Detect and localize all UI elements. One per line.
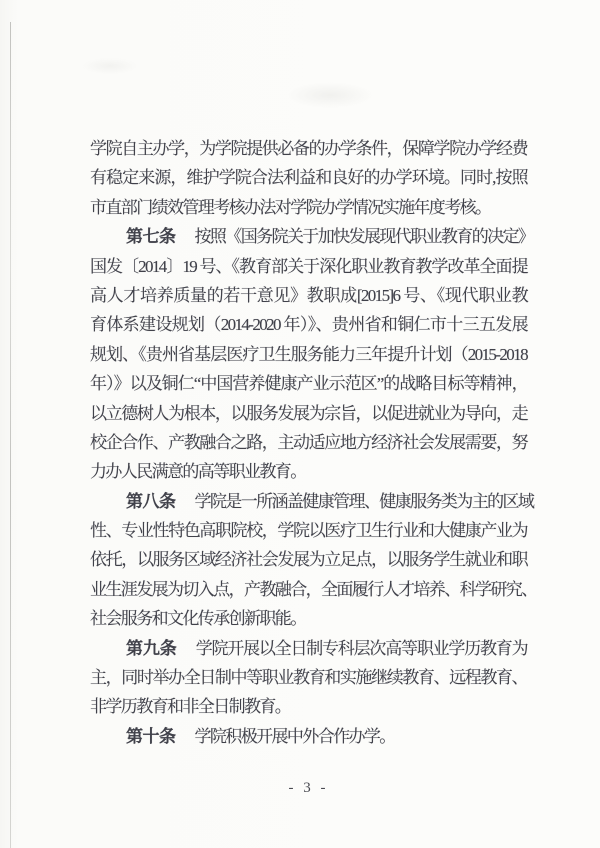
document-line: 第十条学院积极开展中外合作办学。 bbox=[90, 722, 527, 751]
document-line: 第八条学院是一所涵盖健康管理、健康服务类为主的区域 bbox=[90, 487, 527, 516]
document-line: 市直部门绩效管理考核办法对学院办学情况实施年度考核。 bbox=[90, 193, 527, 222]
line-text: 学院是一所涵盖健康管理、健康服务类为主的区域 bbox=[195, 492, 534, 511]
document-line: 国发〔2014〕19 号、《教育部关于深化职业教育教学改革全面提 bbox=[90, 252, 527, 281]
article-term: 第九条 bbox=[126, 639, 177, 658]
line-text: 国发〔2014〕19 号、《教育部关于深化职业教育教学改革全面提 bbox=[90, 257, 527, 276]
document-page: 学院自主办学，为学院提供必备的办学条件，保障学院办学经费有稳定来源，维护学院合法… bbox=[0, 0, 600, 848]
document-line: 第九条学院开展以全日制专科层次高等职业学历教育为 bbox=[90, 634, 527, 663]
document-line: 主，同时举办全日制中等职业教育和实施继续教育、远程教育、 bbox=[90, 663, 527, 692]
line-text: 有稳定来源，维护学院合法利益和良好的办学环境。同时,按照 bbox=[90, 168, 527, 187]
document-line: 非学历教育和非全日制教育。 bbox=[90, 692, 527, 721]
text-block: 学院自主办学，为学院提供必备的办学条件，保障学院办学经费有稳定来源，维护学院合法… bbox=[90, 134, 527, 751]
scan-artifact-line bbox=[10, 22, 11, 848]
line-text: 业生涯发展为切入点，产教融合，全面履行人才培养、科学研究、 bbox=[90, 580, 537, 599]
document-line: 社会服务和文化传承创新职能。 bbox=[90, 604, 527, 633]
line-text: 育体系建设规划（2014-2020 年）》、贵州省和铜仁市十三五发展 bbox=[90, 315, 527, 334]
line-text: 主，同时举办全日制中等职业教育和实施继续教育、远程教育、 bbox=[90, 668, 527, 687]
line-text: 性、专业性特色高职院校，学院以医疗卫生行业和大健康产业为 bbox=[90, 521, 527, 540]
line-text: 校企合作、产教融合之路，主动适应地方经济社会发展需要，努 bbox=[90, 433, 527, 452]
line-text: 依托，以服务区域经济社会发展为立足点，以服务学生就业和职 bbox=[90, 550, 527, 569]
line-text: 学院自主办学，为学院提供必备的办学条件，保障学院办学经费 bbox=[90, 139, 527, 158]
line-text: 学院开展以全日制专科层次高等职业学历教育为 bbox=[196, 639, 527, 658]
document-line: 高人才培养质量的若干意见》教职成[2015]6 号、《现代职业教 bbox=[90, 281, 527, 310]
line-text: 规划、《贵州省基层医疗卫生服务能力三年提升计划（2015-2018 bbox=[90, 345, 527, 364]
document-line: 性、专业性特色高职院校，学院以医疗卫生行业和大健康产业为 bbox=[90, 516, 527, 545]
line-text: 力办人民满意的高等职业教育。 bbox=[90, 462, 306, 481]
document-line: 以立德树人为根本，以服务发展为宗旨，以促进就业为导向，走 bbox=[90, 399, 527, 428]
line-text: 年）》以及铜仁“中国营养健康产业示范区”的战略目标等精神， bbox=[90, 374, 527, 393]
document-line: 有稳定来源，维护学院合法利益和良好的办学环境。同时,按照 bbox=[90, 163, 527, 192]
document-line: 依托，以服务区域经济社会发展为立足点，以服务学生就业和职 bbox=[90, 545, 527, 574]
line-text: 按照《国务院关于加快发展现代职业教育的决定》 bbox=[195, 227, 534, 246]
article-term: 第十条 bbox=[126, 727, 176, 746]
page-number: - 3 - bbox=[90, 780, 527, 797]
document-line: 学院自主办学，为学院提供必备的办学条件，保障学院办学经费 bbox=[90, 134, 527, 163]
document-line: 第七条按照《国务院关于加快发展现代职业教育的决定》 bbox=[90, 222, 527, 251]
line-text: 社会服务和文化传承创新职能。 bbox=[90, 609, 306, 628]
line-text: 非学历教育和非全日制教育。 bbox=[90, 697, 290, 716]
document-line: 规划、《贵州省基层医疗卫生服务能力三年提升计划（2015-2018 bbox=[90, 340, 527, 369]
document-line: 校企合作、产教融合之路，主动适应地方经济社会发展需要，努 bbox=[90, 428, 527, 457]
line-text: 以立德树人为根本，以服务发展为宗旨，以促进就业为导向，走 bbox=[90, 404, 527, 423]
article-term: 第七条 bbox=[126, 227, 176, 246]
document-line: 业生涯发展为切入点，产教融合，全面履行人才培养、科学研究、 bbox=[90, 575, 527, 604]
line-text: 高人才培养质量的若干意见》教职成[2015]6 号、《现代职业教 bbox=[90, 286, 527, 305]
document-line: 力办人民满意的高等职业教育。 bbox=[90, 457, 527, 486]
document-line: 年）》以及铜仁“中国营养健康产业示范区”的战略目标等精神， bbox=[90, 369, 527, 398]
line-text: 市直部门绩效管理考核办法对学院办学情况实施年度考核。 bbox=[90, 198, 490, 217]
line-text: 学院积极开展中外合作办学。 bbox=[195, 727, 395, 746]
document-line: 育体系建设规划（2014-2020 年）》、贵州省和铜仁市十三五发展 bbox=[90, 310, 527, 339]
article-term: 第八条 bbox=[126, 492, 176, 511]
